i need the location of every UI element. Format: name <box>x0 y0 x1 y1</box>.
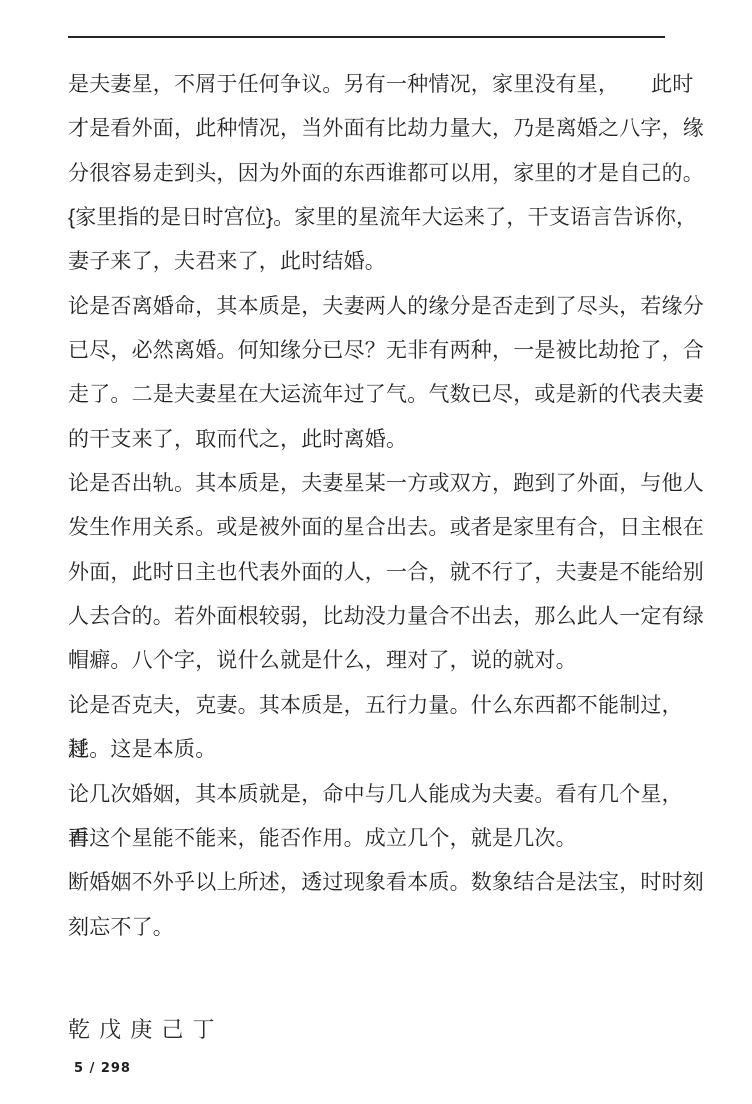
document-body: 是夫妻星，不屑于任何争议。另有一种情况，家里没有星， 此时 才是看外面，此种情况… <box>68 63 708 950</box>
text-line: 帽癖。八个字，说什么就是什么，理对了，说的就对。 <box>68 639 708 683</box>
text-line: 发生作用关系。或是被外面的星合出去。或者是家里有合，日主根在 <box>68 506 708 550</box>
text-line: 分很容易走到头，因为外面的东西谁都可以用，家里的才是自己的。 <box>68 152 708 196</box>
text-line: 刻忘不了。 <box>68 906 708 950</box>
document-page: 是夫妻星，不屑于任何争议。另有一种情况，家里没有星， 此时 才是看外面，此种情况… <box>0 0 752 1104</box>
text-line: 看这个星能不能来，能否作用。成立几个，就是几次。 <box>68 817 708 861</box>
text-line: 断婚姻不外乎以上所述，透过现象看本质。数象结合是法宝，时时刻 <box>68 861 708 905</box>
text-line: 人去合的。若外面根较弱，比劫没力量合不出去，那么此人一定有绿 <box>68 595 708 639</box>
text-line: 论是否克夫，克妻。其本质是，五行力量。什么东西都不能制过， 耗 <box>68 684 708 728</box>
text-line: 是夫妻星，不屑于任何争议。另有一种情况，家里没有星， 此时 <box>68 63 708 107</box>
text-line: 过。这是本质。 <box>68 728 708 772</box>
text-line: 论几次婚姻，其本质就是，命中与几人能成为夫妻。看有几个星， 再 <box>68 773 708 817</box>
page-number-indicator: 5 / 298 <box>74 1060 131 1077</box>
text-line: 才是看外面，此种情况，当外面有比劫力量大，乃是离婚之八字，缘 <box>68 107 708 151</box>
text-line: 论是否离婚命，其本质是，夫妻两人的缘分是否走到了尽头，若缘分 <box>68 285 708 329</box>
text-line: {家里指的是日时宫位}。家里的星流年大运来了，干支语言告诉你， <box>68 196 708 240</box>
text-line: 已尽，必然离婚。何知缘分已尽？无非有两种，一是被比劫抢了，合 <box>68 329 708 373</box>
header-rule <box>68 36 665 38</box>
bazi-chart-line: 乾 戊 庚 己 丁 <box>68 1008 216 1052</box>
text-line: 走了。二是夫妻星在大运流年过了气。气数已尽，或是新的代表夫妻 <box>68 373 708 417</box>
text-line: 论是否出轨。其本质是，夫妻星某一方或双方，跑到了外面，与他人 <box>68 462 708 506</box>
text-line: 外面，此时日主也代表外面的人，一合，就不行了，夫妻是不能给别 <box>68 551 708 595</box>
text-line: 的干支来了，取而代之，此时离婚。 <box>68 418 708 462</box>
text-line: 妻子来了，夫君来了，此时结婚。 <box>68 240 708 284</box>
